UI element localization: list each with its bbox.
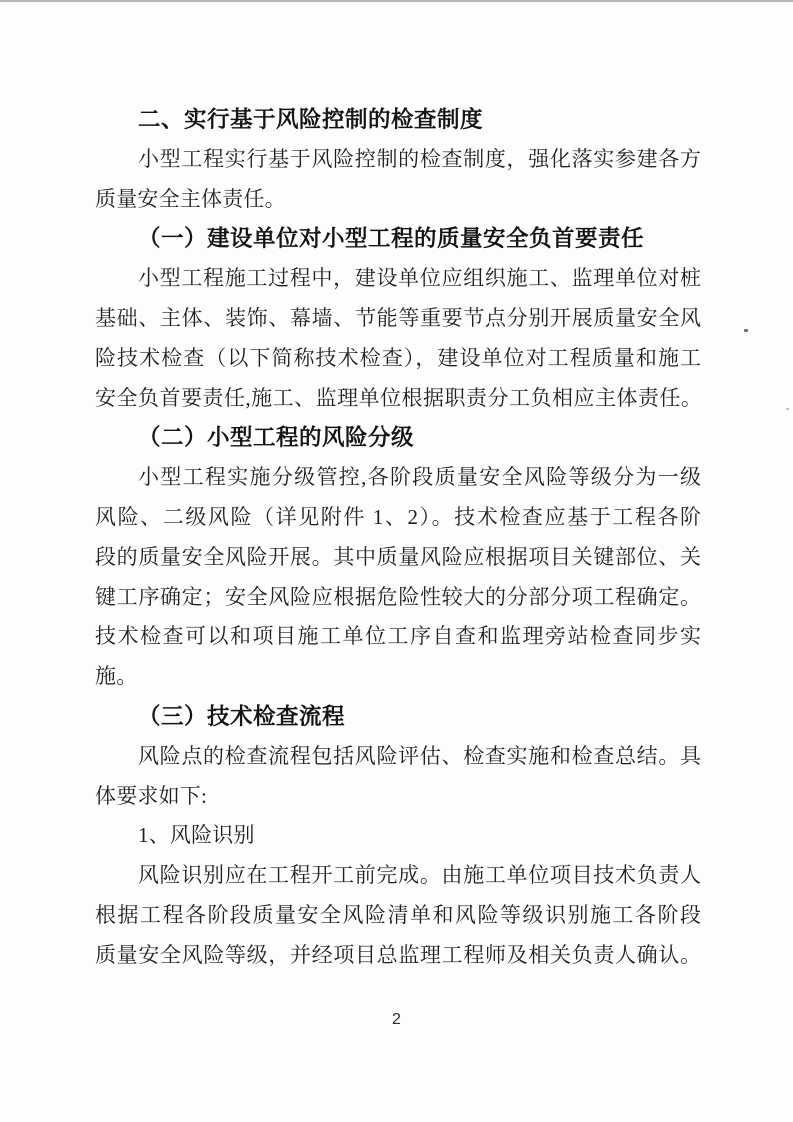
text-line: 基础、主体、装饰、幕墙、节能等重要节点分别开展质量安全风 <box>95 299 701 339</box>
text-line: 小型工程施工过程中，建设单位应组织施工、监理单位对桩 <box>95 259 701 299</box>
heading-line: （一）建设单位对小型工程的质量安全负首要责任 <box>95 219 701 259</box>
text-column: 二、实行基于风险控制的检查制度小型工程实行基于风险控制的检查制度，强化落实参建各… <box>95 100 701 976</box>
text-line: 小型工程实行基于风险控制的检查制度，强化落实参建各方 <box>95 140 701 180</box>
text-line: 键工序确定；安全风险应根据危险性较大的分部分项工程确定。 <box>95 578 701 618</box>
text-line: 安全负首要责任,施工、监理单位根据职责分工负相应主体责任。 <box>95 379 701 419</box>
scan-speck <box>786 408 789 410</box>
text-line: 根据工程各阶段质量安全风险清单和风险等级识别施工各阶段 <box>95 896 701 936</box>
text-line: 风险点的检查流程包括风险评估、检查实施和检查总结。具 <box>95 737 701 777</box>
text-line: 体要求如下: <box>95 777 701 817</box>
text-line: 风险、二级风险（详见附件 1、2）。技术检查应基于工程各阶 <box>95 498 701 538</box>
scan-speck <box>744 329 748 332</box>
heading-line: 二、实行基于风险控制的检查制度 <box>95 100 701 140</box>
text-line: 险技术检查（以下简称技术检查），建设单位对工程质量和施工 <box>95 339 701 379</box>
text-line: 段的质量安全风险开展。其中质量风险应根据项目关键部位、关 <box>95 538 701 578</box>
text-line: 技术检查可以和项目施工单位工序自查和监理旁站检查同步实 <box>95 617 701 657</box>
heading-line: （二）小型工程的风险分级 <box>95 418 701 458</box>
text-line: 1、风险识别 <box>95 816 701 856</box>
document-page: 二、实行基于风险控制的检查制度小型工程实行基于风险控制的检查制度，强化落实参建各… <box>0 0 793 1122</box>
scan-artifact-top-edge <box>0 0 793 2</box>
page-number: 2 <box>0 1008 793 1032</box>
heading-line: （三）技术检查流程 <box>95 697 701 737</box>
text-line: 质量安全风险等级，并经项目总监理工程师及相关负责人确认。 <box>95 936 701 976</box>
text-line: 风险识别应在工程开工前完成。由施工单位项目技术负责人 <box>95 856 701 896</box>
text-line: 施。 <box>95 657 701 697</box>
text-line: 小型工程实施分级管控,各阶段质量安全风险等级分为一级 <box>95 458 701 498</box>
text-line: 质量安全主体责任。 <box>95 180 701 220</box>
